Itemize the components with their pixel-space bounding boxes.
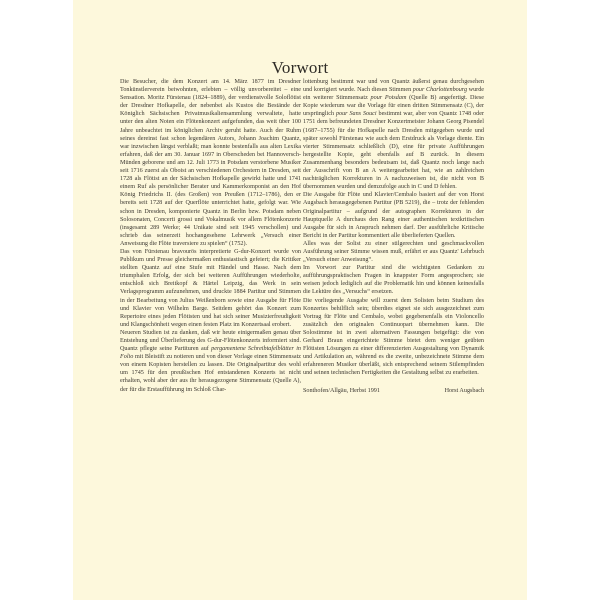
text-run: mit Bleistift zu notieren und von dieser…	[120, 354, 301, 392]
italic-text: pour Potsdam	[371, 95, 407, 101]
signature-line: Sonthofen/Allgäu, Herbst 1991 Horst Augs…	[303, 387, 484, 395]
paragraph: Im Vorwort zur Partitur sind die wichtig…	[303, 264, 484, 296]
author-name: Horst Augsbach	[445, 387, 484, 395]
right-column: lottenburg bestimmt war und von Quantz ä…	[303, 78, 484, 396]
page-title: Vorwort	[73, 58, 527, 78]
place-date: Sonthofen/Allgäu, Herbst 1991	[303, 387, 380, 395]
paragraph: Die vorliegende Ausgabe will zuerst dem …	[303, 297, 484, 378]
paragraph: Neueren Studien ist zu danken, daß wir h…	[120, 329, 301, 394]
document-page: Vorwort Die Besucher, die dem Konzert am…	[73, 0, 527, 600]
text-run: bestimmt war, aber von Quantz 1748 oder …	[303, 111, 484, 190]
italic-text: pour Sans Souci	[336, 111, 377, 117]
paragraph: Alles was der Solist zu einer stilgerech…	[303, 240, 484, 264]
paragraph: Das von Fürstenau bravourös interpretier…	[120, 248, 301, 329]
paragraph: lottenburg bestimmt war und von Quantz ä…	[303, 78, 484, 191]
paragraph: Die Besucher, die dem Konzert am 14. Mär…	[120, 78, 301, 248]
paragraph: Die Ausgabe für Flöte und Klavier/Cembal…	[303, 191, 484, 240]
left-column: Die Besucher, die dem Konzert am 14. Mär…	[120, 78, 301, 394]
italic-text: pour Charlottenbourg	[413, 87, 467, 93]
